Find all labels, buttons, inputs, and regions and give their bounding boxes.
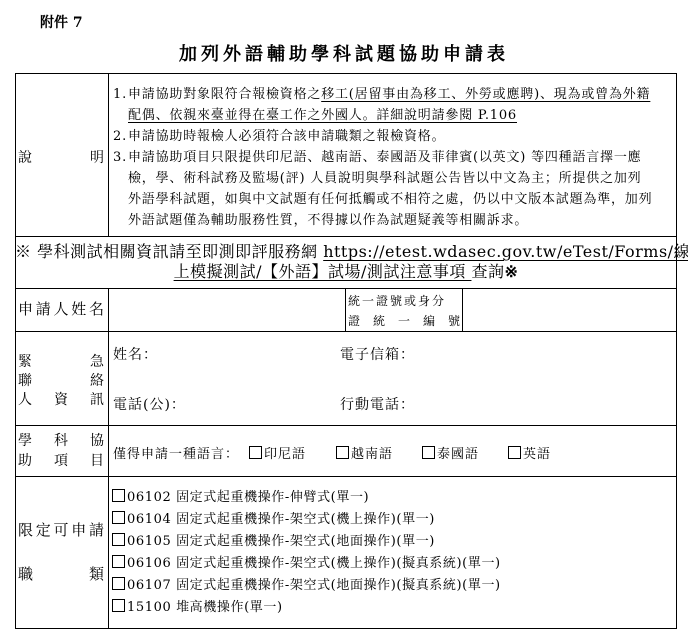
id-number-label: 統一證號或身分 證 統 一 編 號 [348,291,460,331]
id-number-field[interactable] [464,290,674,329]
row-divider [15,476,677,477]
checkbox-icon[interactable] [336,446,349,459]
occupation-option[interactable]: 15100 堆高機操作(單一) [112,597,501,619]
checkbox-icon[interactable] [508,446,521,459]
row-divider [15,288,677,289]
checkbox-icon[interactable] [112,533,125,546]
etest-link-continued[interactable]: 上模擬測試/【外語】試場/測試注意事項 [174,262,472,281]
occupation-option[interactable]: 06106 固定式起重機操作-架空式(機上操作)(擬真系統)(單一) [112,553,501,575]
occupation-list: 06102 固定式起重機操作-伸臂式(單一) 06104 固定式起重機操作-架空… [112,487,501,619]
explanation-item-1: 1.申請協助對象限符合報檢資格之移工(居留事由為移工、外勞或應聘)、現為或曾為外… [113,84,650,126]
occupation-option[interactable]: 06104 固定式起重機操作-架空式(機上操作)(單一) [112,509,501,531]
contact-office-phone-field[interactable]: 電話(公)： [113,394,186,414]
occupation-option[interactable]: 06102 固定式起重機操作-伸臂式(單一) [112,487,501,509]
table-border-right [676,73,677,629]
language-instruction: 僅得申請一種語言： [113,443,239,462]
applicant-name-label: 申 請 人 姓 名 [18,300,104,318]
table-border-top [15,73,677,74]
checkbox-icon[interactable] [112,555,125,568]
row-divider [15,425,677,426]
checkbox-icon[interactable] [112,489,125,502]
checkbox-icon[interactable] [422,446,435,459]
checkbox-icon[interactable] [249,446,262,459]
applicant-name-field[interactable] [110,290,343,329]
column-divider [108,288,109,629]
checkbox-icon[interactable] [112,599,125,612]
checkbox-icon[interactable] [112,577,125,590]
occupation-option[interactable]: 06107 固定式起重機操作-架空式(地面操作)(擬真系統)(單一) [112,575,501,597]
column-divider [108,73,109,236]
attachment-label: 附件 7 [40,12,83,32]
column-divider [462,288,463,331]
etest-link[interactable]: https://etest.wdasec.gov.tw/eTest/Forms/… [323,242,688,261]
table-border-bottom [15,628,677,629]
language-option-english[interactable]: 英語 [508,443,551,462]
explanation-item-3: 3.申請協助項目只限提供印尼語、越南語、泰國語及菲律賓(以英文) 等四種語言擇一… [113,147,652,231]
reference-mark: ※ [504,262,518,281]
explanation-item-2: 2.申請協助時報檢人必須符合該申請職類之報檢資格。 [113,126,445,147]
checkbox-icon[interactable] [112,511,125,524]
form-title: 加列外語輔助學科試題協助申請表 [0,40,688,66]
row-divider [15,236,677,237]
language-option-vietnamese[interactable]: 越南語 [336,443,393,462]
explanation-label: 說 明 [18,149,104,167]
occupation-option[interactable]: 06105 固定式起重機操作-架空式(地面操作)(單一) [112,531,501,553]
language-option-indonesian[interactable]: 印尼語 [249,443,306,462]
contact-email-field[interactable]: 電子信箱： [340,344,415,364]
notice-line-1: ※ 學科測試相關資訊請至即測即評服務網 https://etest.wdasec… [15,242,677,262]
notice-line-2: 上模擬測試/【外語】試場/測試注意事項 查詢※ [15,262,677,282]
language-option-thai[interactable]: 泰國語 [422,443,479,462]
table-border-left [15,73,16,629]
column-divider [345,288,346,331]
row-divider [15,331,677,332]
contact-mobile-field[interactable]: 行動電話： [340,394,415,414]
contact-name-field[interactable]: 姓名： [113,344,158,364]
